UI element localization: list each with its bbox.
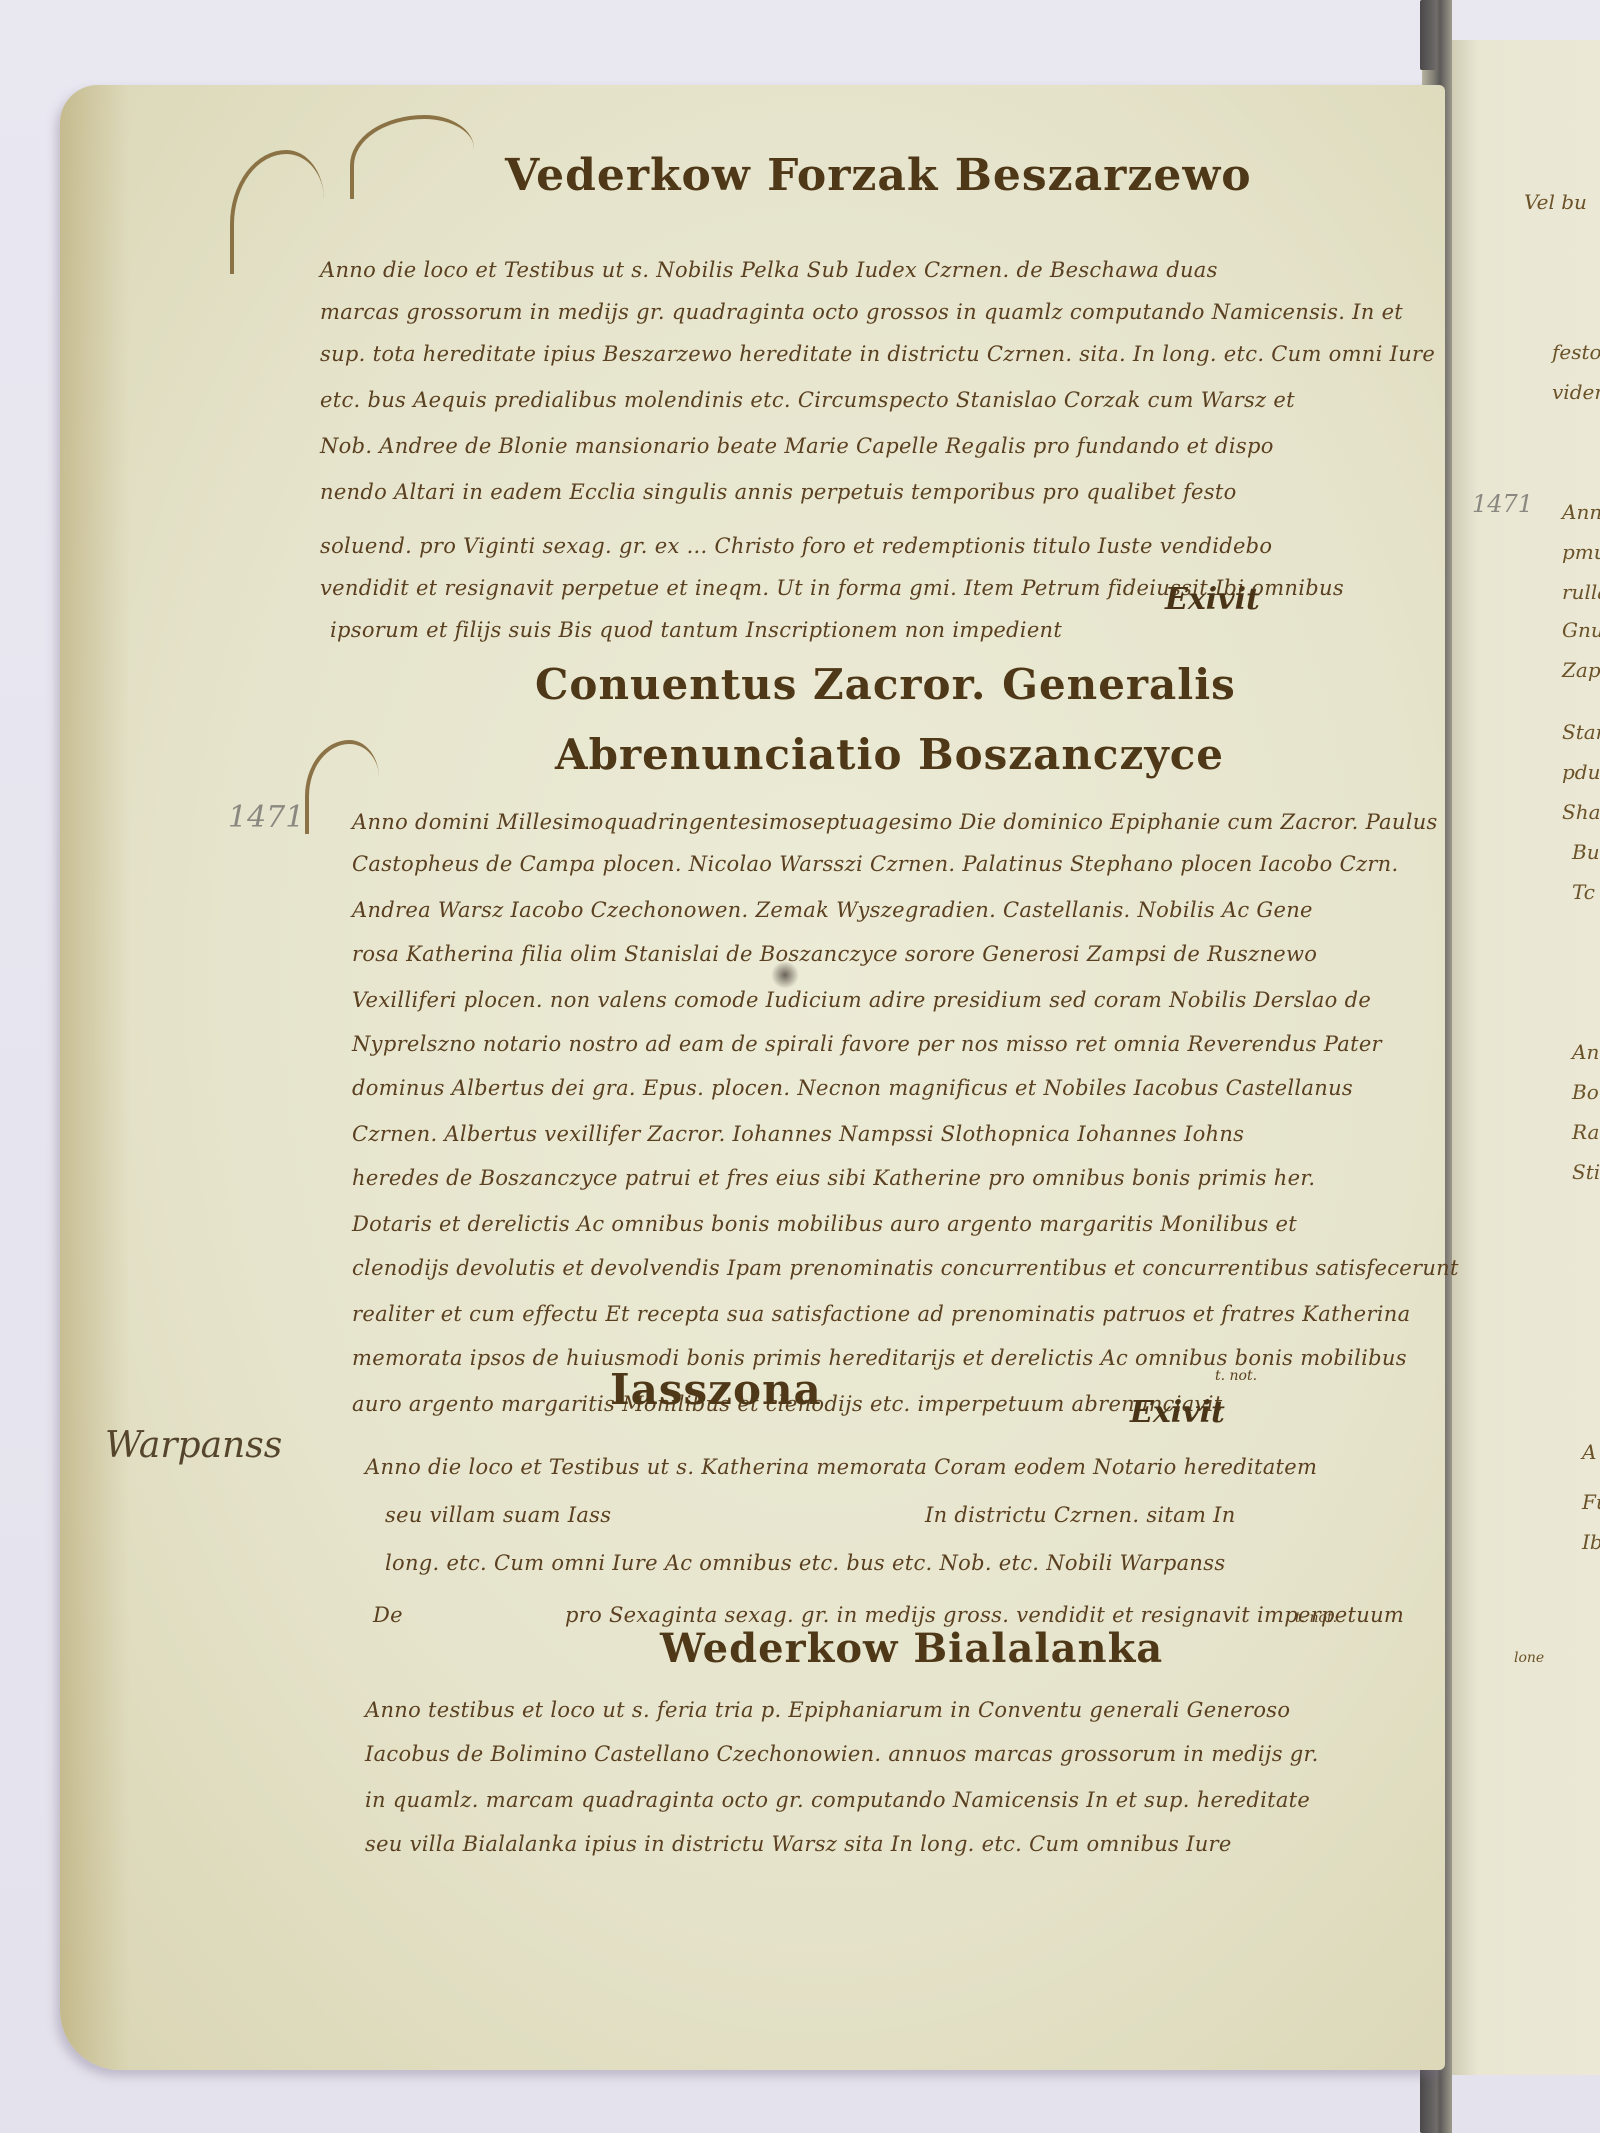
facing-fragment: Vel bu [1524,190,1587,214]
margin-name-note: Warpanss [105,1425,282,1466]
text-line: Czrnen. Albertus vexillifer Zacror. Ioha… [352,1122,1244,1146]
entry-heading: Iasszona [610,1365,822,1414]
facing-fragment: Tc [1572,880,1595,904]
text-line: rosa Katherina filia olim Stanislai de B… [352,942,1317,966]
page-clamp-top [1420,0,1436,70]
notary-superscript: t. not. [1295,1610,1337,1626]
text-line: Castopheus de Campa plocen. Nicolao Wars… [352,852,1398,876]
text-line: sup. tota hereditate ipius Beszarzewo he… [320,342,1435,366]
facing-fragment: festo [1552,340,1600,364]
text-line: seu villam suam Iass [385,1503,611,1527]
text-line: memorata ipsos de huiusmodi bonis primis… [352,1346,1407,1370]
text-line: Anno die loco et Testibus ut s. Katherin… [365,1455,1317,1479]
text-line: nendo Altari in eadem Ecclia singulis an… [320,480,1237,504]
text-line: pro Sexaginta sexag. gr. in medijs gross… [565,1603,1404,1627]
text-line: Iacobus de Bolimino Castellano Czechonow… [365,1742,1319,1766]
facing-margin-year: 1471 [1472,490,1533,518]
facing-fragment: pmu [1562,540,1600,564]
text-line: etc. bus Aequis predialibus molendinis e… [320,388,1295,412]
text-line: seu villa Bialalanka ipius in districtu … [365,1832,1232,1856]
facing-fragment: Bu [1572,840,1600,864]
text-line: Anno testibus et loco ut s. feria tria p… [365,1698,1290,1722]
text-line: long. etc. Cum omni Iure Ac omnibus etc.… [385,1551,1225,1575]
facing-fragment: Anno [1562,500,1600,524]
text-line: ipsorum et filijs suis Bis quod tantum I… [330,618,1062,642]
text-line: realiter et cum effectu Et recepta sua s… [352,1302,1410,1326]
entry-heading: Conuentus Zacror. Generalis [535,660,1236,709]
page-clamp-bottom [1420,2060,1436,2133]
text-line: Vexilliferi plocen. non valens comode Iu… [352,988,1371,1012]
facing-fragment: Ibi [1582,1530,1600,1554]
text-line: Dotaris et derelictis Ac omnibus bonis m… [352,1212,1297,1236]
text-line: Nyprelszno notario nostro ad eam de spir… [352,1032,1382,1056]
text-line: Anno die loco et Testibus ut s. Nobilis … [320,258,1218,282]
text-line: marcas grossorum in medijs gr. quadragin… [320,300,1403,324]
text-line: Anno domini Millesimoquadringentesimosep… [352,810,1438,834]
entry-heading: Abrenunciatio Boszanczyce [555,730,1224,779]
margin-year-note: 1471 [228,800,304,835]
text-line: In districtu Czrnen. sitam In [925,1503,1236,1527]
exivit-mark: Exivit [1130,1395,1225,1430]
ink-blot [770,962,800,988]
facing-fragment: Stamu [1562,720,1600,744]
text-line: soluend. pro Viginti sexag. gr. ex ... C… [320,534,1272,558]
text-line: heredes de Boszanczyce patrui et fres ei… [352,1166,1315,1190]
facing-fragment: Gnu [1562,618,1600,642]
facing-fragment: videm [1552,380,1600,404]
facing-fragment: Shap [1562,800,1600,824]
notary-superscript: t. not. [1215,1368,1257,1384]
entry-heading: Vederkow Forzak Beszarzewo [505,150,1252,201]
facing-fragment: Zap [1562,658,1600,682]
facing-fragment: Stip [1572,1160,1600,1184]
text-line: De [373,1603,403,1627]
text-line: Nob. Andree de Blonie mansionario beate … [320,434,1274,458]
text-line: Andrea Warsz Iacobo Czechonowen. Zemak W… [352,898,1313,922]
facing-fragment: rulla [1562,580,1600,604]
facing-fragment: lone [1514,1650,1544,1666]
facing-fragment: Ra [1572,1120,1599,1144]
facing-fragment: pdu [1562,760,1600,784]
facing-page: Vel bu festo videm 1471 Anno pmu rulla G… [1452,40,1600,2075]
facing-fragment: Anno [1572,1040,1600,1064]
exivit-mark: Exivit [1165,582,1260,617]
facing-fragment: Fu [1582,1490,1600,1514]
text-line: dominus Albertus dei gra. Epus. plocen. … [352,1076,1353,1100]
facing-fragment: A [1582,1440,1596,1464]
text-line: in quamlz. marcam quadraginta octo gr. c… [365,1788,1310,1812]
text-line: clenodijs devolutis et devolvendis Ipam … [352,1256,1459,1280]
entry-heading: Wederkow Bialalanka [660,1625,1163,1672]
facing-fragment: Bo [1572,1080,1599,1104]
